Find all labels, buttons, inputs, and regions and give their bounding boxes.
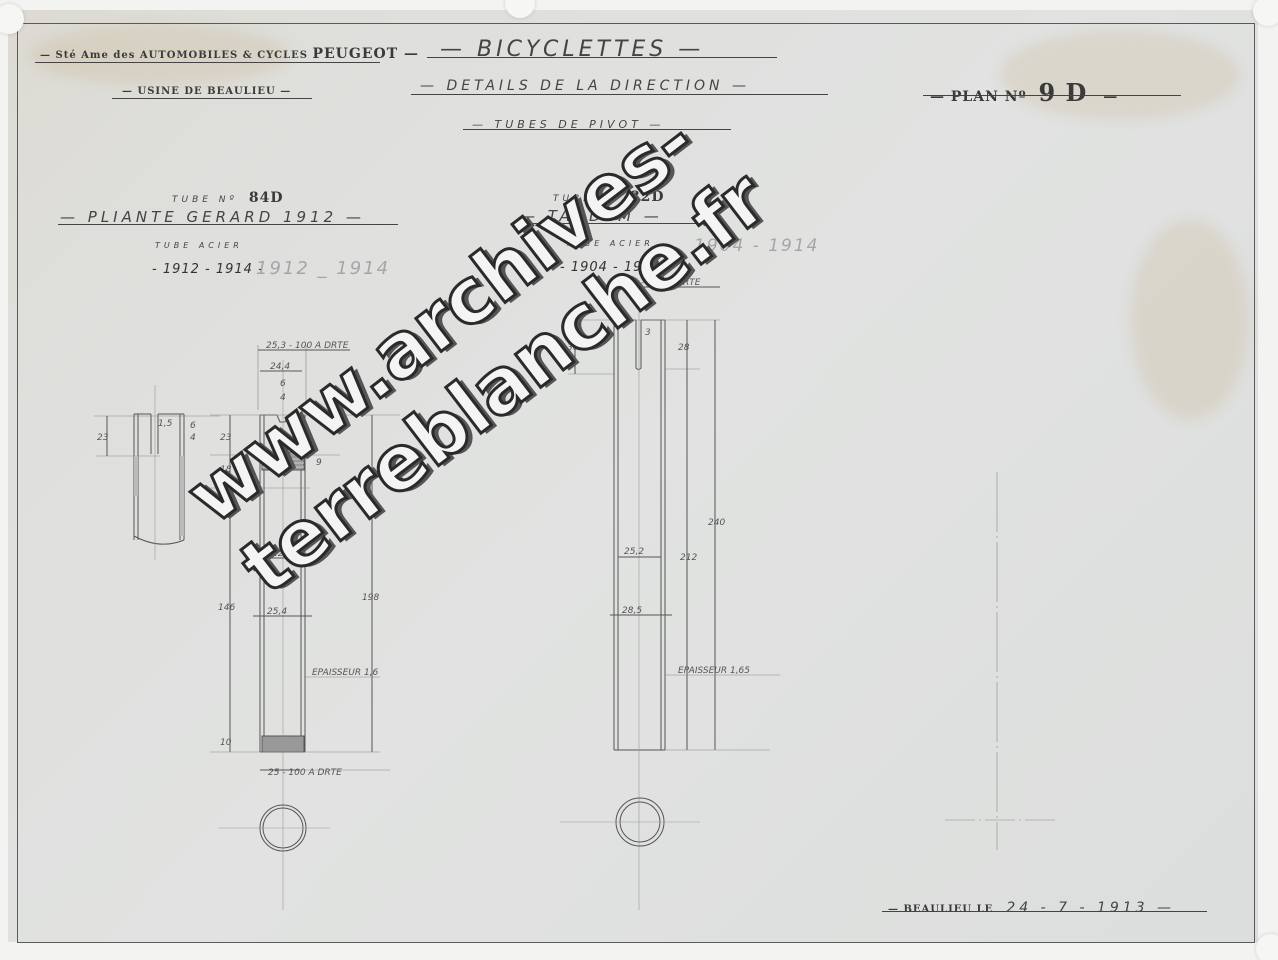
svg-text:146: 146 bbox=[218, 603, 235, 613]
footer-date: 24 - 7 - 1913 — bbox=[1006, 900, 1175, 916]
svg-text:EPAISSEUR 1,65: EPAISSEUR 1,65 bbox=[678, 666, 750, 676]
svg-text:198: 198 bbox=[362, 593, 379, 603]
svg-text:4: 4 bbox=[190, 433, 196, 443]
svg-text:28: 28 bbox=[678, 343, 690, 353]
svg-text:6: 6 bbox=[190, 421, 196, 431]
svg-text:1,5: 1,5 bbox=[158, 419, 173, 429]
svg-text:3: 3 bbox=[645, 328, 651, 338]
svg-text:28,5: 28,5 bbox=[622, 606, 642, 616]
svg-text:212: 212 bbox=[680, 553, 697, 563]
svg-text:10: 10 bbox=[220, 738, 232, 748]
footer-place: — BEAULIEU LE bbox=[888, 904, 993, 915]
footer-date-block: — BEAULIEU LE 24 - 7 - 1913 — bbox=[888, 897, 1175, 916]
svg-text:EPAISSEUR 1,6: EPAISSEUR 1,6 bbox=[312, 668, 379, 678]
svg-text:23: 23 bbox=[97, 433, 109, 443]
underline bbox=[882, 911, 1207, 912]
svg-text:25,2: 25,2 bbox=[624, 547, 644, 557]
right-tube-82D bbox=[560, 280, 780, 910]
svg-text:240: 240 bbox=[708, 518, 725, 528]
svg-text:25 - 100 A DRTE: 25 - 100 A DRTE bbox=[268, 768, 342, 778]
svg-text:24,4: 24,4 bbox=[270, 362, 290, 372]
